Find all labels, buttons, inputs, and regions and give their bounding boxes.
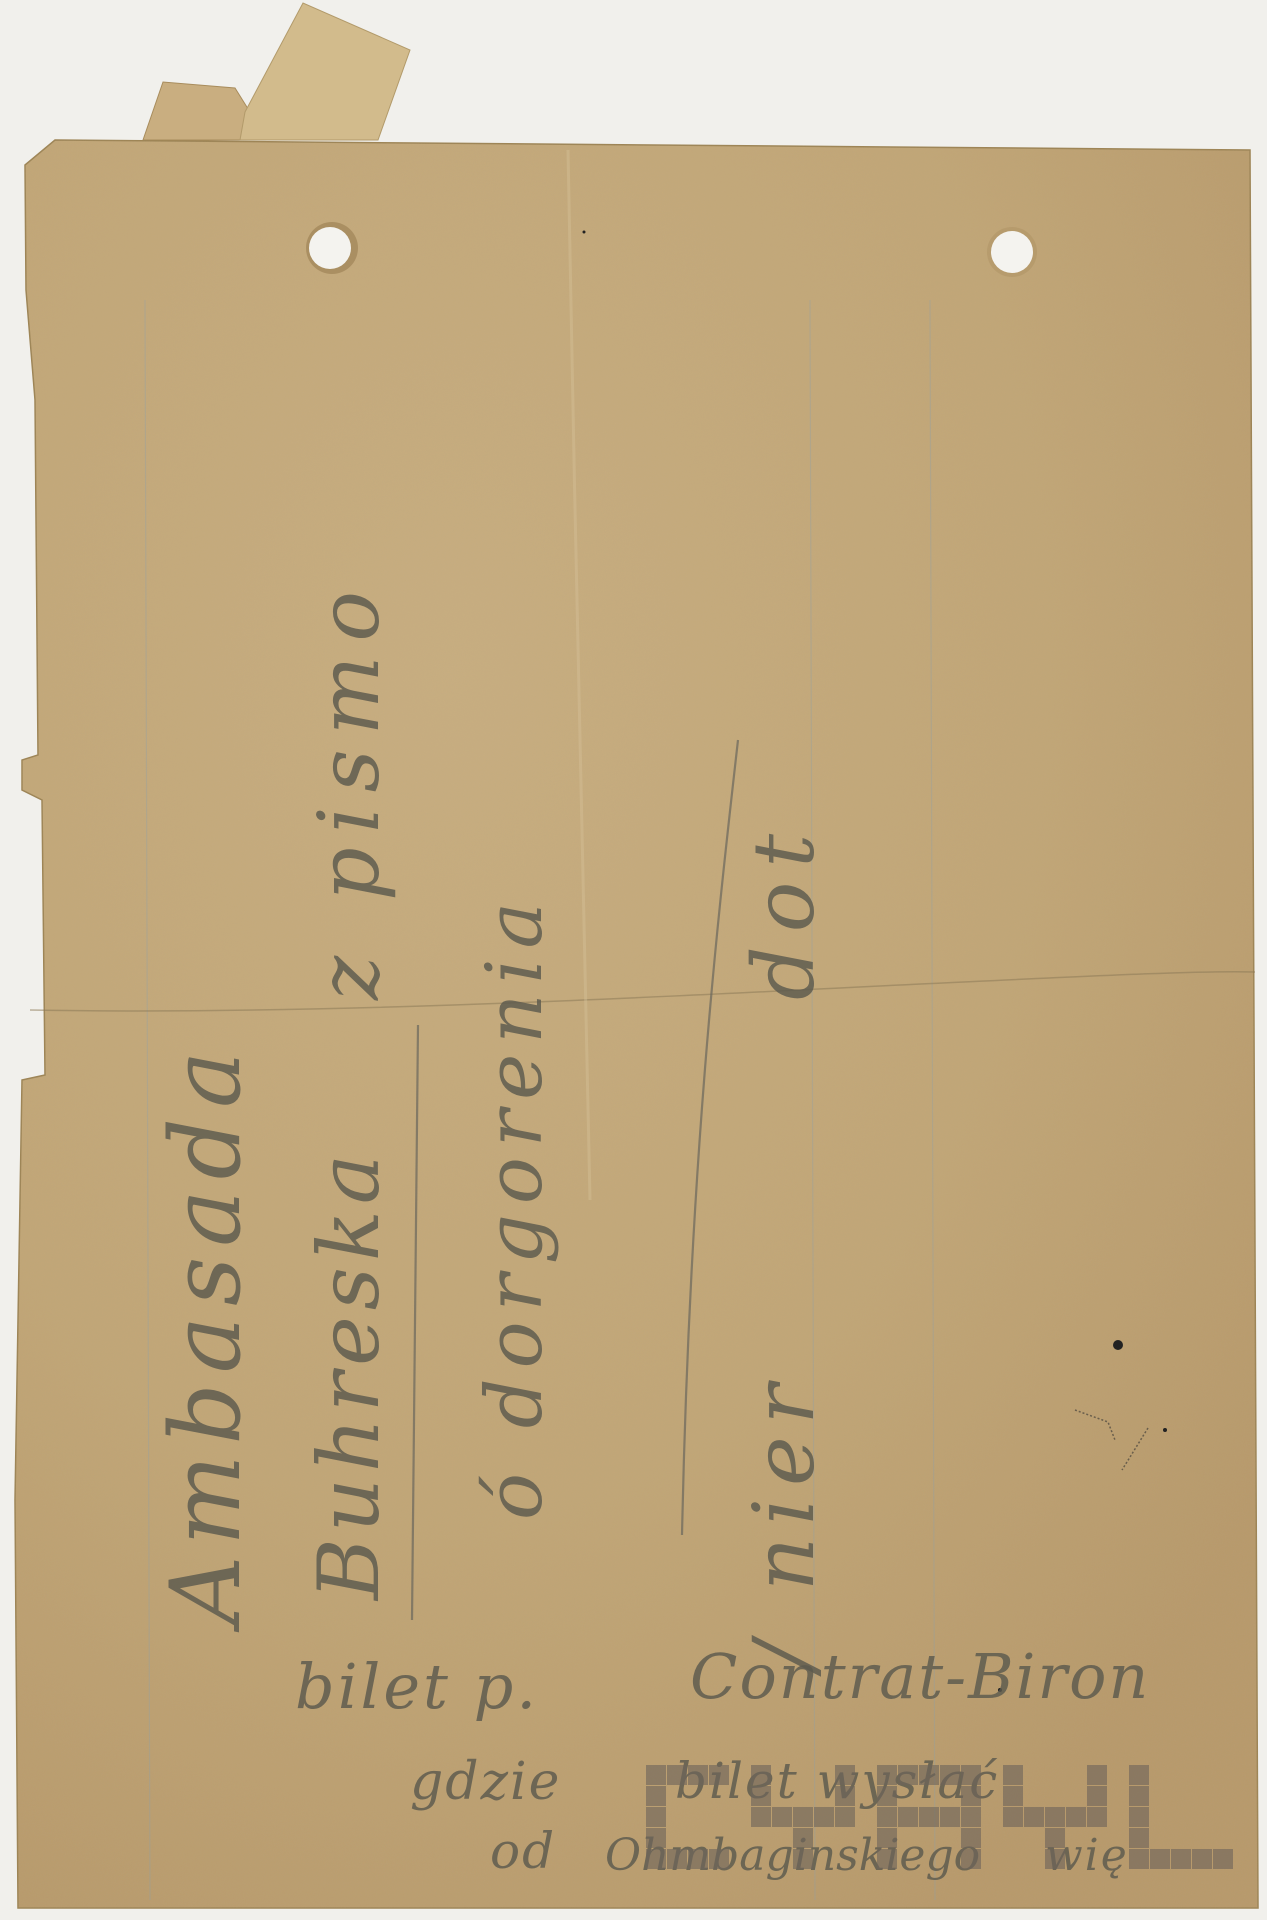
watermark-cell bbox=[1045, 1807, 1065, 1827]
watermark-cell bbox=[961, 1849, 981, 1869]
watermark-cell bbox=[961, 1807, 981, 1827]
handwriting-line-dot: dot bbox=[735, 820, 833, 1000]
watermark-cell bbox=[961, 1786, 981, 1806]
watermark-cell bbox=[919, 1765, 939, 1785]
watermark-cell bbox=[1003, 1807, 1023, 1827]
watermark-cell bbox=[1213, 1849, 1233, 1869]
watermark-cell bbox=[688, 1849, 708, 1869]
handwriting-line-nier: / nier bbox=[735, 1372, 833, 1670]
watermark-cell bbox=[646, 1849, 666, 1869]
watermark-cell bbox=[646, 1786, 666, 1806]
watermark-cell bbox=[667, 1765, 687, 1785]
watermark-cell bbox=[877, 1849, 897, 1869]
watermark-cell bbox=[835, 1765, 855, 1785]
watermark-cell bbox=[940, 1807, 960, 1827]
watermark-cell bbox=[751, 1765, 771, 1785]
tape-strip bbox=[143, 3, 410, 140]
watermark-cell bbox=[1024, 1807, 1044, 1827]
watermark-cell bbox=[1003, 1786, 1023, 1806]
watermark-cell bbox=[814, 1807, 834, 1827]
watermark-cell bbox=[1129, 1849, 1149, 1869]
watermark-cell bbox=[1087, 1765, 1107, 1785]
watermark-cell bbox=[961, 1765, 981, 1785]
watermark-cell bbox=[1045, 1828, 1065, 1848]
handwriting-line-dorgorenia: ó dorgorenia bbox=[470, 892, 560, 1520]
punch-hole-left bbox=[306, 222, 358, 274]
watermark-cell bbox=[898, 1765, 918, 1785]
watermark-cell bbox=[877, 1807, 897, 1827]
watermark-cell bbox=[751, 1786, 771, 1806]
watermark-cell bbox=[793, 1807, 813, 1827]
watermark-cell bbox=[835, 1807, 855, 1827]
watermark-cell bbox=[1150, 1849, 1170, 1869]
watermark-cell bbox=[751, 1807, 771, 1827]
handwriting-line-ambasada: Ambasada bbox=[150, 1041, 262, 1625]
watermark-cell bbox=[877, 1828, 897, 1848]
handwriting-gdzie: gdzie bbox=[410, 1752, 561, 1812]
watermark-cell bbox=[1129, 1786, 1149, 1806]
handwriting-line-buhreska: Buhreska bbox=[300, 1148, 398, 1600]
watermark-cell bbox=[1087, 1807, 1107, 1827]
scanned-document bbox=[0, 0, 1267, 1920]
handwriting-contrat-biron: Contrat-Biron bbox=[690, 1640, 1150, 1713]
watermark-cell bbox=[919, 1807, 939, 1827]
watermark-cell bbox=[793, 1849, 813, 1869]
watermark-cell bbox=[1129, 1765, 1149, 1785]
watermark-cell bbox=[688, 1765, 708, 1785]
watermark-cell bbox=[1066, 1807, 1086, 1827]
watermark-cell bbox=[709, 1849, 729, 1869]
handwriting-od: od bbox=[490, 1822, 556, 1880]
watermark-cell bbox=[877, 1786, 897, 1806]
watermark-cell bbox=[877, 1765, 897, 1785]
watermark-cell bbox=[772, 1807, 792, 1827]
watermark-cell bbox=[940, 1765, 960, 1785]
handwriting-bilet-p: bilet p. bbox=[295, 1650, 539, 1723]
watermark-cell bbox=[1129, 1828, 1149, 1848]
watermark-cell bbox=[793, 1828, 813, 1848]
watermark-cell bbox=[835, 1786, 855, 1806]
watermark-cell bbox=[1171, 1849, 1191, 1869]
watermark-cell bbox=[709, 1765, 729, 1785]
watermark-cell bbox=[646, 1765, 666, 1785]
watermark-cell bbox=[646, 1807, 666, 1827]
watermark-cell bbox=[667, 1849, 687, 1869]
watermark-cell bbox=[646, 1828, 666, 1848]
watermark-cell bbox=[898, 1807, 918, 1827]
punch-hole-right bbox=[987, 227, 1037, 277]
watermark-cell bbox=[1129, 1807, 1149, 1827]
watermark-cell bbox=[1192, 1849, 1212, 1869]
watermark-cell bbox=[1087, 1786, 1107, 1806]
watermark-cell bbox=[1003, 1765, 1023, 1785]
handwriting-line-z-pismo: z pismo bbox=[300, 577, 398, 1000]
watermark-cell bbox=[961, 1828, 981, 1848]
watermark-cell bbox=[1045, 1849, 1065, 1869]
